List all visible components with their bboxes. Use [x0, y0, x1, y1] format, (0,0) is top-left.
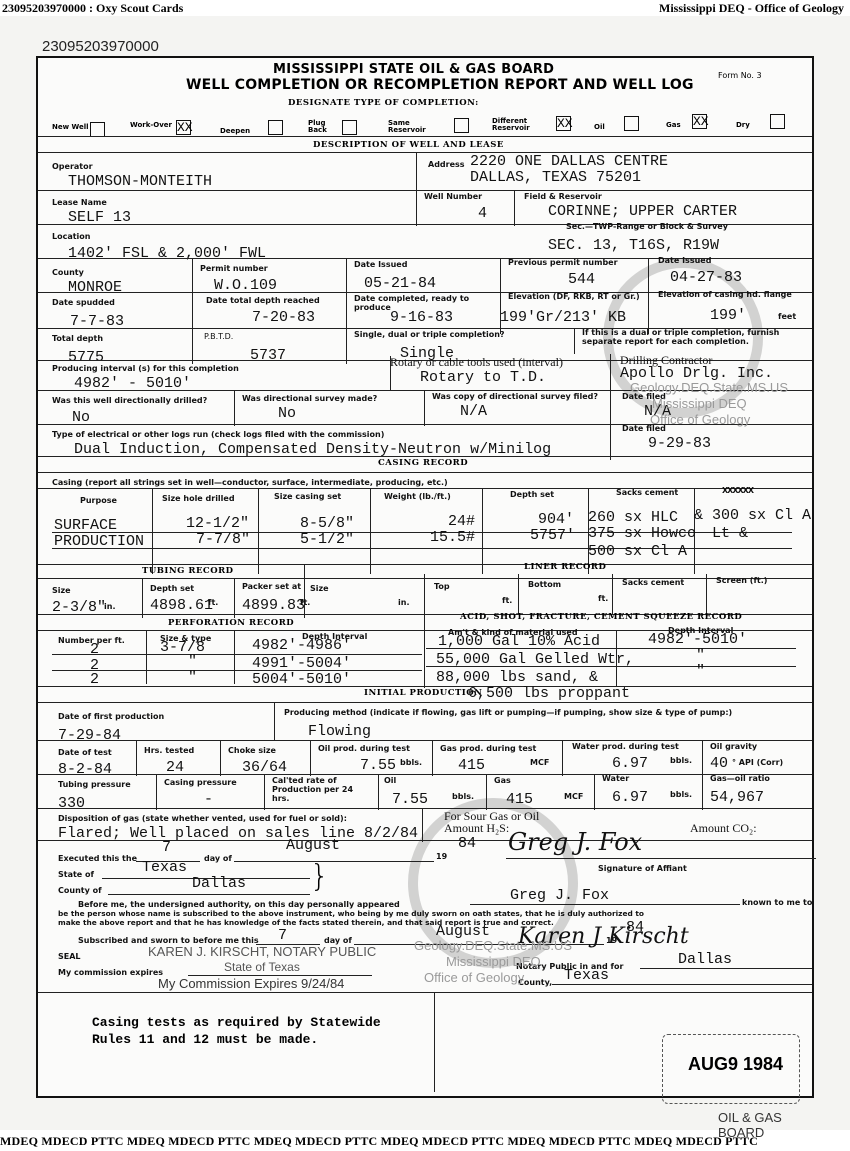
divider [274, 702, 275, 740]
liner-col-sacks: Sacks cement [622, 578, 684, 587]
state-value: Texas [142, 860, 187, 876]
casing-flange-unit: feet [778, 312, 796, 321]
tools-label: Rotary or cable tools used (interval) [390, 356, 563, 368]
signature-label: Signature of Affiant [598, 864, 687, 873]
prev-permit-value: 544 [568, 272, 595, 288]
county-value: MONROE [68, 280, 122, 296]
sec-value: SEC. 13, T16S, R19W [548, 238, 719, 254]
divider [38, 740, 812, 741]
affiant-signature: Greg J. Fox [508, 828, 642, 856]
before-me-text: Before me, the undersigned authority, on… [78, 900, 400, 909]
water-label: Water [602, 774, 629, 783]
watermark-line2: Mississippi DEQ [446, 954, 541, 969]
liner-col-size: Size [310, 584, 329, 593]
watermark-line2: Mississippi DEQ [652, 396, 747, 411]
notary-stamp-name: KAREN J. KIRSCHT, NOTARY PUBLIC [148, 944, 376, 959]
acid-row-interval: " [696, 648, 705, 664]
logs-date-value: 9-29-83 [648, 436, 711, 452]
divider [426, 666, 796, 667]
liner-bottom-unit: ft. [598, 594, 608, 603]
casing-test-note-2: Rules 11 and 12 must be made. [92, 1031, 318, 1048]
divider [234, 630, 235, 684]
divider [702, 774, 703, 810]
well-completion-form: MISSISSIPPI STATE OIL & GAS BOARD WELL C… [36, 56, 814, 1098]
liner-col-bottom: Bottom [528, 580, 561, 589]
h2s-label: Amount H₂S: [444, 822, 509, 834]
checkbox-plug-back[interactable] [342, 120, 357, 135]
first-prod-value: 7-29-84 [58, 728, 121, 744]
co2-label: Amount CO₂: [690, 822, 757, 834]
casing-col-depth: Depth set [510, 490, 554, 499]
casing-row-casing: 8-5/8" [300, 516, 354, 532]
casing-instruction: Casing (report all strings set in well—c… [52, 478, 448, 487]
spudded-label: Date spudded [52, 298, 115, 307]
underline [506, 858, 816, 859]
casing-col-casing: Size casing set [274, 492, 341, 501]
checkbox-label-plug-back: Plug Back [308, 120, 338, 134]
perf-row-size: " [188, 654, 197, 670]
liner-col-screen: Screen (ft.) [716, 576, 767, 585]
casing-row-sacks: 500 sx Cl A [588, 544, 687, 560]
gas-value: 415 [506, 792, 533, 808]
form-title: WELL COMPLETION OR RECOMPLETION REPORT A… [186, 77, 694, 93]
divider [38, 136, 812, 137]
affiant-name: Greg J. Fox [510, 888, 609, 904]
divider [594, 774, 595, 810]
divider [486, 774, 487, 810]
checkbox-label-same-reservoir: Same Reservoir [388, 120, 438, 134]
tubing-size-unit: in. [104, 602, 115, 611]
liner-top-unit: ft. [502, 596, 512, 605]
survey-label: Was directional survey made? [242, 394, 377, 403]
packer-value: 4899.83 [242, 598, 305, 614]
perf-row-interval: 4982'-4986' [252, 638, 351, 654]
divider [136, 740, 137, 776]
pbtd-label: P.B.T.D. [204, 332, 233, 341]
well-number-value: 4 [478, 206, 487, 222]
subscribed-day: 7 [278, 928, 287, 944]
received-stamp: AUG9 1984 OIL & GAS BOARD [658, 1018, 808, 1130]
divider [424, 574, 425, 618]
divider [426, 648, 796, 649]
prev-date-issued-value: 04-27-83 [670, 270, 742, 286]
watermark-line3: Office of Geology [424, 970, 524, 985]
casing-row-casing: 5-1/2" [300, 532, 354, 548]
initial-production-title: INITIAL PRODUCTION [364, 688, 482, 698]
divider [574, 328, 575, 354]
checkbox-work-over[interactable]: XX [176, 120, 191, 135]
divider [38, 456, 812, 457]
known-to-me-text: known to me to [742, 898, 812, 907]
well-number-label: Well Number [424, 192, 482, 201]
divider [562, 740, 563, 776]
casing-row-sacks: 375 sx Howco [588, 526, 696, 542]
county-of-value: Dallas [192, 876, 246, 892]
divider [310, 740, 311, 776]
completion-kind-label: Single, dual or triple completion? [354, 330, 505, 339]
casing-row-depth: 5757' [530, 528, 575, 544]
address-label: Address [428, 160, 465, 169]
checkbox-label-dry: Dry [736, 122, 750, 129]
checkbox-label-new-well: New Well [52, 124, 89, 131]
divider [38, 774, 812, 775]
gas-test-label: Gas prod. during test [440, 744, 536, 753]
casing-row-hole: 7-7/8" [196, 532, 250, 548]
casing-flange-value: 199' [710, 308, 746, 324]
divider [52, 670, 422, 671]
liner-size-unit: in. [398, 598, 409, 607]
watermark-line1: Geology.DEQ.State.MS.US [414, 938, 572, 953]
designate-label: DESIGNATE TYPE OF COMPLETION: [288, 98, 479, 108]
tubing-depth-value: 4898.61 [150, 598, 213, 614]
gor-value: 54,967 [710, 790, 764, 806]
oil-unit: bbls. [452, 792, 474, 801]
divider [234, 578, 235, 618]
divider [38, 992, 812, 993]
divider [518, 574, 519, 614]
divider [38, 564, 812, 565]
divider [514, 190, 515, 226]
divider [258, 488, 259, 574]
gas-label: Gas [494, 776, 511, 785]
checkbox-deepen[interactable] [268, 120, 283, 135]
divider [424, 614, 425, 688]
gravity-label: Oil gravity [710, 742, 757, 751]
divider [38, 190, 812, 191]
underline [552, 984, 812, 985]
viewer-header: 23095203970000 : Oxy Scout Cards Mississ… [0, 0, 850, 16]
field-value: CORINNE; UPPER CARTER [548, 204, 737, 220]
rate-label: Cal'ted rate of Production per 24 hrs. [272, 776, 372, 803]
casing-row-extra: & 300 sx Cl A [694, 508, 811, 524]
tubing-depth-label: Depth set [150, 584, 194, 593]
dual-completion-note: If this is a dual or triple completion, … [582, 328, 802, 346]
perforation-record-title: PERFORATION RECORD [168, 618, 294, 628]
gor-label: Gas—oil ratio [710, 774, 770, 783]
watermark-line1: Geology.DEQ.State.MS.US [630, 380, 788, 395]
liner-col-top: Top [434, 582, 450, 591]
agency-title: MISSISSIPPI STATE OIL & GAS BOARD [273, 62, 554, 77]
divider [610, 390, 611, 426]
operator-label: Operator [52, 162, 93, 171]
executed-label: Executed this the [58, 854, 137, 863]
perf-row-size: " [188, 670, 197, 686]
divider [702, 740, 703, 776]
casing-row-weight: 15.5# [430, 530, 475, 546]
tools-value: Rotary to T.D. [420, 370, 546, 386]
county-of-label: County of [58, 886, 102, 895]
description-header: DESCRIPTION OF WELL AND LEASE [313, 140, 504, 150]
directional-label: Was this well directionally drilled? [52, 396, 207, 405]
checkbox-new-well[interactable] [90, 122, 105, 137]
casing-col-weight: Weight (lb./ft.) [384, 492, 451, 501]
divider [38, 686, 812, 687]
executed-month: August [286, 838, 340, 854]
tubing-size-label: Size [52, 586, 71, 595]
td-reached-value: 7-20-83 [252, 310, 315, 326]
seal-label: SEAL [58, 952, 81, 961]
acid-record-title: ACID, SHOT, FRACTURE, CEMENT SQUEEZE REC… [460, 612, 742, 622]
interval-label: Producing interval (s) for this completi… [52, 364, 239, 373]
underline [640, 968, 812, 969]
divider [706, 574, 707, 614]
checkbox-same-reservoir[interactable] [454, 118, 469, 133]
divider [370, 488, 371, 574]
divider [610, 354, 611, 390]
water-value: 6.97 [612, 790, 648, 806]
disposition-label: Disposition of gas (state whether vented… [58, 814, 347, 823]
pbtd-value: 5737 [250, 348, 286, 364]
acid-row-interval: 4982'-5010' [648, 632, 747, 648]
watermark-line3: Office of Geology [650, 412, 750, 427]
casing-test-note-1: Casing tests as required by Statewide [92, 1014, 381, 1031]
notary-stamp-state: State of Texas [224, 960, 300, 974]
td-reached-label: Date total depth reached [206, 296, 320, 305]
acid-row-material: 6,500 lbs proppant [468, 686, 630, 702]
divider [432, 740, 433, 776]
choke-label: Choke size [228, 746, 276, 755]
acid-row-interval: " [696, 664, 705, 680]
checkbox-dry[interactable] [770, 114, 785, 129]
water-test-label: Water prod. during test [572, 742, 679, 751]
checkbox-gas[interactable]: XX [692, 114, 707, 129]
divider [422, 808, 423, 842]
divider [142, 578, 143, 618]
underline [108, 894, 310, 895]
executed-year: 84 [458, 836, 476, 852]
first-prod-label: Date of first production [58, 712, 164, 721]
gravity-unit: ° API (Corr) [732, 758, 783, 767]
checkbox-oil[interactable] [624, 116, 639, 131]
brace-icon: } [310, 860, 329, 894]
executed-day: 7 [162, 840, 171, 856]
date-issued-value: 05-21-84 [364, 276, 436, 292]
water-test-unit: bbls. [670, 756, 692, 765]
casing-row-depth: 904' [538, 512, 574, 528]
casing-col-hole: Size hole drilled [162, 494, 235, 503]
packer-label: Packer set at [242, 582, 301, 591]
total-depth-label: Total depth [52, 334, 103, 343]
divider [612, 574, 613, 614]
divider [52, 654, 422, 655]
checkbox-label-gas: Gas [666, 122, 681, 129]
casing-row-weight: 24# [448, 514, 475, 530]
year-prefix: 19 [436, 852, 447, 861]
gas-test-value: 415 [458, 758, 485, 774]
tubing-record-title: TUBING RECORD [142, 566, 234, 576]
test-date-value: 8-2-84 [58, 762, 112, 778]
commission-expires-stamp: My Commission Expires 9/24/84 [158, 976, 344, 991]
operator-value: THOMSON-MONTEITH [68, 174, 212, 190]
casing-row-extra: Lt & [712, 526, 748, 542]
checkbox-label-oil: Oil [594, 124, 605, 131]
divider [482, 488, 483, 574]
elevation-label: Elevation (DF, RKB, RT or Gr.) [508, 292, 648, 301]
divider [156, 774, 157, 810]
checkbox-label-work-over: Work-Over [130, 122, 172, 129]
acid-row-material: 88,000 lbs sand, & [436, 670, 598, 686]
notary-state-value: Texas [564, 968, 609, 984]
location-value: 1402' FSL & 2,000' FWL [68, 246, 266, 262]
casing-record-title: CASING RECORD [378, 458, 468, 468]
packer-unit: ft. [300, 598, 310, 607]
water-test-value: 6.97 [612, 756, 648, 772]
divider [38, 488, 812, 489]
oil-value: 7.55 [392, 792, 428, 808]
logs-label: Type of electrical or other logs run (ch… [52, 430, 384, 439]
divider [434, 992, 435, 1092]
divider [146, 630, 147, 684]
received-date: AUG9 1984 [688, 1054, 783, 1075]
form-number: Form No. 3 [718, 71, 762, 80]
method-value: Flowing [308, 724, 371, 740]
document-id: 23095203970000 [42, 38, 159, 55]
survey-copy-value: N/A [460, 404, 487, 420]
divider [416, 153, 417, 193]
checkbox-label-deepen: Deepen [220, 128, 250, 135]
method-label: Producing method (indicate if flowing, g… [284, 708, 732, 717]
casing-col-purpose: Purpose [80, 496, 117, 505]
sec-label: Sec.—TWP-Range or Block & Survey [566, 222, 728, 231]
divider [610, 424, 611, 460]
casing-row-hole: 12-1/2" [186, 516, 249, 532]
oil-test-unit: bbls. [400, 758, 422, 767]
divider [152, 488, 153, 574]
field-label: Field & Reservoir [524, 192, 602, 201]
oil-test-value: 7.55 [360, 758, 396, 774]
underline [470, 904, 740, 905]
tubing-pressure-label: Tubing pressure [58, 780, 131, 789]
checkbox-different-reservoir[interactable]: XX [556, 116, 571, 131]
prev-date-issued-label: Date Issued [658, 256, 711, 265]
perf-row-number: 2 [90, 642, 99, 658]
date-issued-label: Date Issued [354, 260, 407, 269]
county-label: County [52, 268, 84, 277]
hrs-label: Hrs. tested [144, 746, 194, 755]
affidavit-body-1: be the person whose name is subscribed t… [58, 909, 644, 918]
divider [264, 774, 265, 810]
gas-test-unit: MCF [530, 758, 549, 767]
elevation-value: 199'Gr/213' KB [500, 310, 626, 326]
divider [38, 472, 812, 473]
test-date-label: Date of test [58, 748, 112, 757]
casing-col-sacks: Sacks cement [616, 488, 678, 497]
divider [38, 702, 812, 703]
notary-county-value: Dallas [678, 952, 732, 968]
underline [234, 861, 434, 862]
water-unit: bbls. [670, 790, 692, 799]
location-label: Location [52, 232, 91, 241]
divider [416, 190, 417, 226]
permit-label: Permit number [200, 264, 268, 273]
checkbox-label-different-reservoir: Different Reservoir [492, 118, 548, 132]
oil-label: Oil [384, 776, 396, 785]
liner-record-title: LINER RECORD [524, 562, 606, 572]
casing-flange-label: Elevation of casing hd. flange [658, 290, 798, 299]
state-label: State of [58, 870, 94, 879]
tubing-depth-unit: ft. [208, 598, 218, 607]
gas-unit: MCF [564, 792, 583, 801]
oil-test-label: Oil prod. during test [318, 744, 410, 753]
lease-label: Lease Name [52, 198, 107, 207]
divider [346, 258, 347, 334]
survey-copy-label: Was copy of directional survey filed? [432, 392, 612, 401]
divider [192, 328, 193, 364]
divider [220, 740, 221, 776]
divider [192, 258, 193, 334]
casing-col-struck: XXXXXX [722, 486, 753, 495]
divider [648, 258, 649, 334]
prev-permit-label: Previous permit number [508, 258, 618, 267]
divider [38, 152, 812, 153]
commission-label: My commission expires [58, 968, 163, 977]
footer-credits: MDEQ MDECD PTTC MDEQ MDECD PTTC MDEQ MDE… [0, 1134, 850, 1149]
header-agency: Mississippi DEQ - Office of Geology [659, 1, 844, 16]
divider [38, 578, 812, 579]
tubing-pressure-value: 330 [58, 796, 85, 812]
divider [38, 808, 812, 809]
gravity-value: 40 [710, 756, 728, 772]
casing-pressure-value: - [204, 792, 213, 808]
address-line2: DALLAS, TEXAS 75201 [470, 170, 641, 186]
casing-pressure-label: Casing pressure [164, 778, 237, 787]
divider [424, 390, 425, 426]
completed-value: 9-16-83 [390, 310, 453, 326]
divider [234, 390, 235, 426]
divider [378, 774, 379, 810]
casing-row-sacks: 260 sx HLC [588, 510, 678, 526]
header-record-title: 23095203970000 : Oxy Scout Cards [2, 1, 183, 16]
address-line1: 2220 ONE DALLAS CENTRE [470, 154, 668, 170]
day-of-label: day of [204, 854, 232, 863]
survey-value: No [278, 406, 296, 422]
scanned-page: 23095203970000 MISSISSIPPI STATE OIL & G… [0, 16, 850, 1130]
divider [38, 840, 812, 841]
divider [346, 328, 347, 364]
